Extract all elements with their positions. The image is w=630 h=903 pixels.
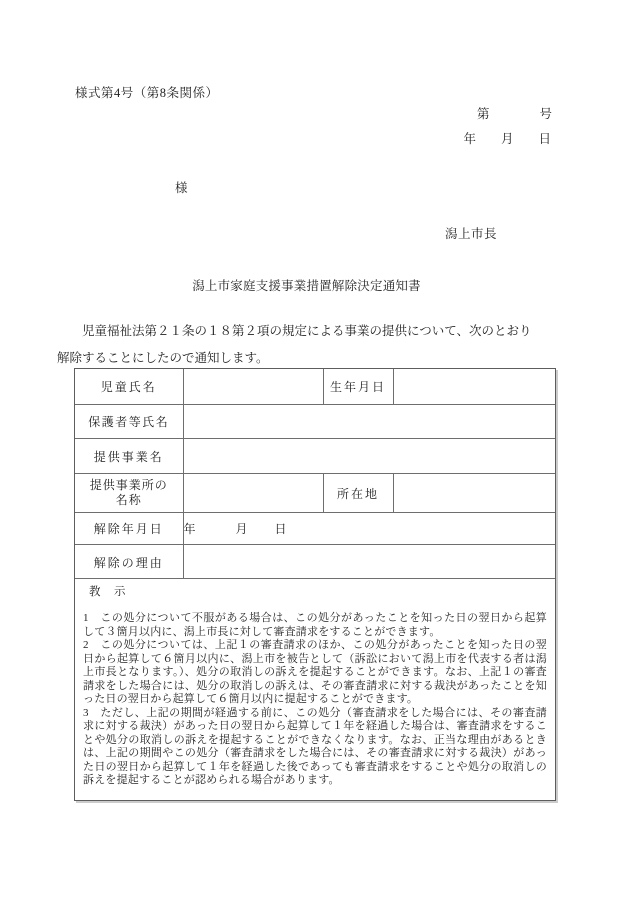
kyoji-item-1: 1 この処分について不服がある場合は、この処分があったことを知った日の翌日から起… bbox=[83, 612, 547, 639]
office-name-label-line2: 名称 bbox=[75, 493, 183, 508]
table-row: 児童氏名 生年月日 bbox=[75, 369, 555, 404]
kyoji-instructions-section: 教 示 1 この処分について不服がある場合は、この処分があったことを知った日の翌… bbox=[75, 578, 555, 800]
table-row: 提供事業所の 名称 所在地 bbox=[75, 474, 555, 512]
release-date-field: 年 月 日 bbox=[183, 512, 555, 544]
body-line-1: 児童福祉法第２１条の１８第２項の規定による事業の提供について、次のとおり bbox=[57, 318, 549, 345]
detail-table: 児童氏名 生年月日 保護者等氏名 提供事業名 提供事業所の 名称 所在地 bbox=[75, 369, 555, 579]
release-date-label: 解除年月日 bbox=[75, 512, 183, 544]
birthdate-field bbox=[393, 369, 555, 404]
body-paragraph: 児童福祉法第２１条の１８第２項の規定による事業の提供について、次のとおり 解除す… bbox=[57, 318, 549, 372]
date-line: 年 月 日 bbox=[463, 129, 551, 147]
form-number: 様式第4号（第8条関係） bbox=[75, 83, 219, 101]
guardian-name-field bbox=[183, 404, 555, 438]
document-number-line: 第 号 bbox=[477, 104, 552, 122]
location-label: 所在地 bbox=[323, 474, 393, 512]
location-field bbox=[393, 474, 555, 512]
table-row: 提供事業名 bbox=[75, 439, 555, 474]
notification-table-box: 児童氏名 生年月日 保護者等氏名 提供事業名 提供事業所の 名称 所在地 bbox=[74, 368, 556, 801]
child-name-label: 児童氏名 bbox=[75, 369, 183, 404]
document-page: 様式第4号（第8条関係） 第 号 年 月 日 様 潟上市長 潟上市家庭支援事業措… bbox=[0, 0, 630, 903]
table-row: 保護者等氏名 bbox=[75, 404, 555, 438]
release-reason-label: 解除の理由 bbox=[75, 545, 183, 579]
kyoji-item-2: 2 この処分については、上記１の審査請求のほか、この処分があったことを知った日の… bbox=[83, 639, 547, 707]
table-row: 解除の理由 bbox=[75, 545, 555, 579]
business-name-field bbox=[183, 439, 555, 474]
kyoji-items: 1 この処分について不服がある場合は、この処分があったことを知った日の翌日から起… bbox=[83, 612, 547, 788]
release-reason-field bbox=[183, 545, 555, 579]
document-title: 潟上市家庭支援事業措置解除決定通知書 bbox=[57, 276, 556, 294]
kyoji-item-3: 3 ただし、上記の期間が経過する前に、この処分（審査請求をした場合には、その審査… bbox=[83, 707, 547, 788]
birthdate-label: 生年月日 bbox=[323, 369, 393, 404]
guardian-name-label: 保護者等氏名 bbox=[75, 404, 183, 438]
table-row: 解除年月日 年 月 日 bbox=[75, 512, 555, 544]
addressee-suffix: 様 bbox=[175, 178, 188, 196]
business-name-label: 提供事業名 bbox=[75, 439, 183, 474]
child-name-field bbox=[183, 369, 323, 404]
office-name-label-line1: 提供事業所の bbox=[75, 478, 183, 493]
office-name-field bbox=[183, 474, 323, 512]
kyoji-heading: 教 示 bbox=[83, 583, 547, 599]
sender-mayor: 潟上市長 bbox=[445, 224, 497, 242]
office-name-label: 提供事業所の 名称 bbox=[75, 474, 183, 512]
